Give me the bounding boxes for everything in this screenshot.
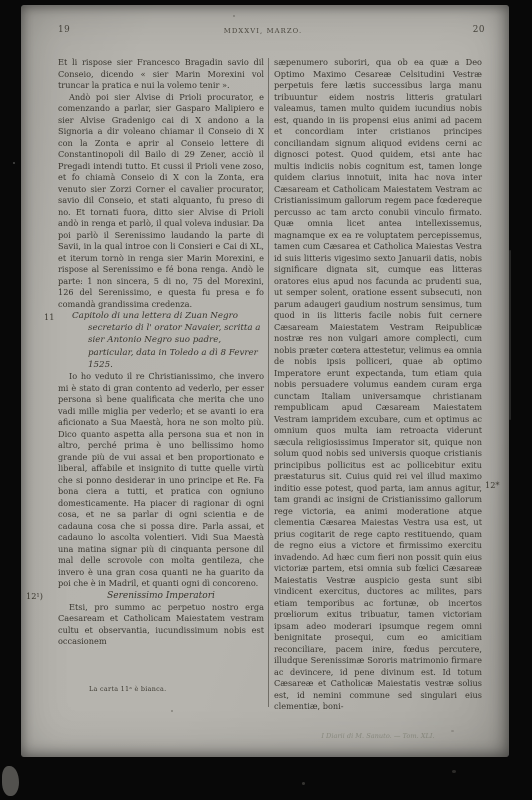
paragraph-re-christianissimo: Io ho veduto il re Christianissimo, che … <box>58 371 264 590</box>
paper-fleck <box>171 710 173 712</box>
column-divider-rule <box>268 58 269 707</box>
section-heading-capitolo-text: Capitolo di una lettera di Zuan Negro se… <box>72 311 260 370</box>
section-heading-capitolo: 11Capitolo di una lettera di Zuan Negro … <box>58 310 264 371</box>
scanner-speck <box>302 782 305 785</box>
paragraph-latin-letter: sæpenumero suboriri, qua ob ea quæ a Deo… <box>274 57 482 713</box>
scanner-speck <box>452 770 456 773</box>
right-page-text-column: sæpenumero suboriri, qua ob ea quæ a Deo… <box>274 57 482 713</box>
left-page-text-column: Et li rispose sier Francesco Bragadin sa… <box>58 57 264 648</box>
margin-section-number-11: 11 <box>44 311 54 323</box>
scan-background: 19 MDXXVI, MARZO. 20 Et li rispose sier … <box>0 0 532 800</box>
margin-section-number-12: 12¹) <box>26 590 43 602</box>
scanner-noise-blob <box>2 766 19 796</box>
page-header: 19 MDXXVI, MARZO. 20 <box>57 25 485 39</box>
section-heading-imperatori: 12¹)Serenissimo Imperatori <box>58 590 264 602</box>
paragraph-prioli: Andò poi sier Alvise di Prioli procurato… <box>58 92 264 311</box>
paragraph-etsi: Etsi, pro summo ac perpetuo nostro erga … <box>58 602 264 648</box>
page-edge-highlight <box>509 250 511 420</box>
section-heading-imperatori-text: Serenissimo Imperatori <box>107 591 215 601</box>
footnote-carta-bianca: La carta 11ᵃ è bianca. <box>89 685 166 693</box>
scanner-speck <box>13 162 15 164</box>
show-through-volume-footer: I Diarii di M. Sanuto. — Tom. XLI. <box>274 732 482 740</box>
running-title: MDXXVI, MARZO. <box>57 27 469 35</box>
book-page-spread: 19 MDXXVI, MARZO. 20 Et li rispose sier … <box>21 5 509 757</box>
margin-section-number-12-star: 12* <box>485 480 500 490</box>
page-number-right: 20 <box>473 25 485 35</box>
paper-fleck <box>233 15 235 17</box>
paragraph-bragadin: Et li rispose sier Francesco Bragadin sa… <box>58 57 264 92</box>
